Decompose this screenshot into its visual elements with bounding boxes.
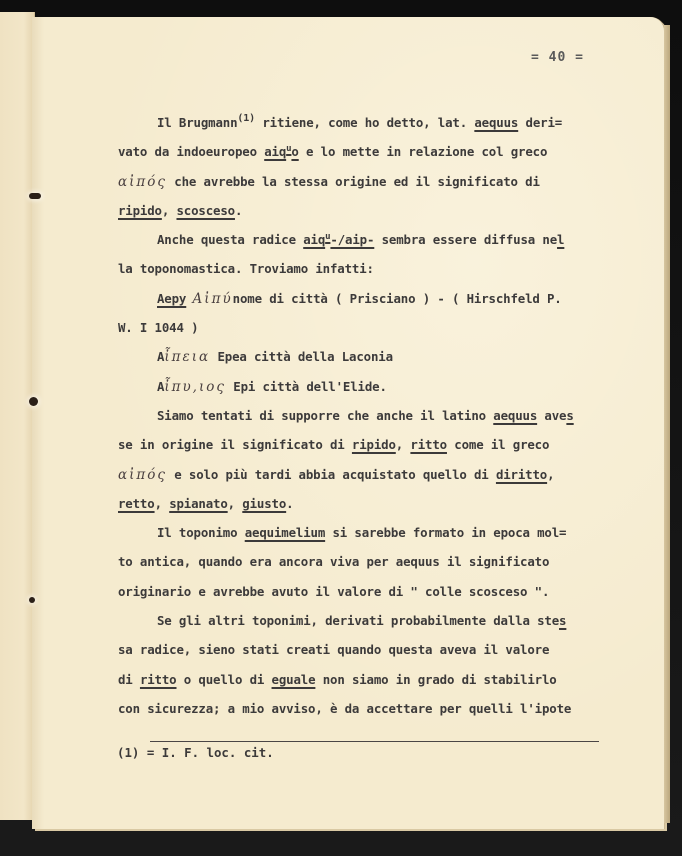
text-span: W. I 1044 ) [118,320,198,335]
greek-handwritten-word: ἶπεια [164,349,210,365]
text-line: to antica, quando era ancora viva per ae… [118,547,574,576]
text-span: , [547,467,554,482]
text-line: Siamo tentati di supporre che anche il l… [118,401,574,430]
text-span: , [155,496,170,511]
text-span: Epi città dell'Elide. [226,379,387,394]
text-line: Anche questa radice aiqu-/aip- sembra es… [118,225,574,254]
text-span: si sarebbe formato in epoca mol= [325,525,566,540]
footnote-marker: (1) [237,113,255,124]
greek-handwritten-word: αἰπός [118,467,167,483]
text-span: se in origine il significato di [118,437,352,452]
underlined-word: eguale [272,672,316,687]
text-span: , [162,203,177,218]
underlined-word: aequus [493,408,537,423]
greek-handwritten-word: ἶπυ,ιος [164,379,226,395]
underlined-word: ripido [352,437,396,452]
text-span: deri= [518,115,562,130]
text-line: αἰπός che avrebbe la stessa origine ed i… [118,167,574,196]
page-stack-edge [664,25,670,823]
greek-handwritten-word: αἰπός [118,174,167,190]
text-span: o quello di [177,672,272,687]
footnote-divider [150,741,599,742]
underlined-word: aiq [303,232,325,247]
text-span: Siamo tentati di supporre che anche il l… [157,408,493,423]
text-span: vato da indoeuropeo [118,144,264,159]
underlined-word: retto [118,496,155,511]
text-span: e solo più tardi abbia acquistato quello… [167,467,496,482]
binding-hole-icon [29,397,38,406]
text-line: ripido, scosceso. [118,196,574,225]
underlined-word: aequus [474,115,518,130]
text-line: retto, spianato, giusto. [118,489,574,518]
text-span: Se gli altri toponimi, derivati probabil… [157,613,559,628]
facing-page-edge [0,12,35,820]
underlined-word: s [566,408,573,423]
text-span: Il Brugmann [157,115,237,130]
text-span: nome di città ( Prisciano ) - ( Hirschfe… [233,291,562,306]
text-line: vato da indoeuropeo aiquo e lo mette in … [118,137,574,166]
text-line: la toponomastica. Troviamo infatti: [118,254,574,283]
text-span: Epea città della Laconia [210,349,393,364]
underlined-word: l [557,232,564,247]
greek-handwritten-word: Αἰπύ [186,291,232,307]
text-span: . [286,496,293,511]
underlined-word: aequimelium [245,525,325,540]
text-line: originario e avrebbe avuto il valore di … [118,577,574,606]
underlined-word: Aepy [157,291,186,306]
text-line: Il Brugmann(1) ritiene, come ho detto, l… [118,108,574,137]
underlined-word: s [559,613,566,628]
text-line: αἰπός e solo più tardi abbia acquistato … [118,460,574,489]
text-span: sa radice, sieno stati creati quando que… [118,642,549,657]
text-span: to antica, quando era ancora viva per ae… [118,554,549,569]
underlined-word: giusto [242,496,286,511]
underlined-word: -/aip- [330,232,374,247]
footnote: (1) = I. F. loc. cit. [117,745,274,760]
text-span: sembra essere diffusa ne [374,232,557,247]
text-line: Il toponimo aequimelium si sarebbe forma… [118,518,574,547]
text-span: originario e avrebbe avuto il valore di … [118,584,549,599]
text-span: come il greco [447,437,549,452]
body-text: Il Brugmann(1) ritiene, come ho detto, l… [118,108,574,723]
binding-hole-icon [29,597,35,603]
text-line: Aἶπεια Epea città della Laconia [118,342,574,371]
text-line: W. I 1044 ) [118,313,574,342]
text-line: di ritto o quello di eguale non siamo in… [118,665,574,694]
underlined-word: aiq [264,144,286,159]
text-line: Aἶπυ,ιος Epi città dell'Elide. [118,372,574,401]
text-span: ritiene, come ho detto, lat. [255,115,474,130]
text-line: Se gli altri toponimi, derivati probabil… [118,606,574,635]
text-span: non siamo in grado di stabilirlo [315,672,556,687]
text-span: che avrebbe la stessa origine ed il sign… [167,174,540,189]
text-line: sa radice, sieno stati creati quando que… [118,635,574,664]
binding-hole-icon [29,193,41,199]
text-span: ave [537,408,566,423]
underlined-word: scosceso [176,203,234,218]
underlined-word: spianato [169,496,227,511]
underlined-word: diritto [496,467,547,482]
text-span: e lo mette in relazione col greco [299,144,548,159]
underlined-word: ritto [410,437,447,452]
text-span: con sicurezza; a mio avviso, è da accett… [118,701,571,716]
text-span: la toponomastica. Troviamo infatti: [118,261,374,276]
text-span: Il toponimo [157,525,245,540]
text-line: con sicurezza; a mio avviso, è da accett… [118,694,574,723]
text-span: di [118,672,140,687]
text-span: . [235,203,242,218]
text-span: Anche questa radice [157,232,303,247]
underlined-word: ritto [140,672,177,687]
text-line: se in origine il significato di ripido, … [118,430,574,459]
underlined-word: ripido [118,203,162,218]
text-span: , [228,496,243,511]
page-number: = 40 = [531,50,584,65]
text-line: Aepy Αἰπύnome di città ( Prisciano ) - (… [118,284,574,313]
text-span: , [396,437,411,452]
underlined-word: o [291,144,298,159]
